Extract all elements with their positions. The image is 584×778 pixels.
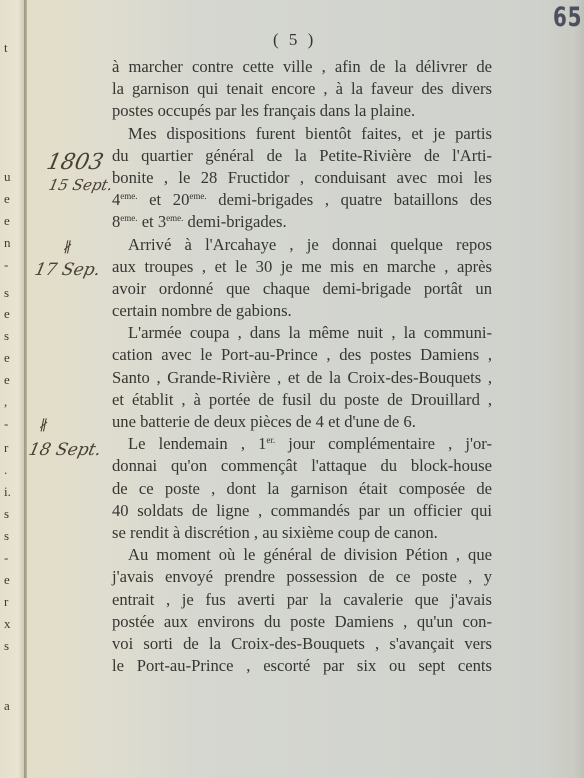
prev-page-fragment: , <box>4 394 22 410</box>
text-line: entrait , je fus averti par la cavalerie… <box>112 589 492 611</box>
superscript: er. <box>266 435 275 445</box>
text-line: Arrivé à l'Arcahaye , je donnai quelque … <box>112 234 492 256</box>
margin-annotation-date: 18 Sept. <box>27 440 103 460</box>
body-text: à marcher contre cette ville , afin de l… <box>112 56 492 677</box>
text-line: cation avec le Port-au-Prince , des post… <box>112 344 492 366</box>
text-line: 40 soldats de ligne , commandés par un o… <box>112 500 492 522</box>
margin-annotation-date: 17 Sep. <box>33 260 102 280</box>
prev-page-fragment: . <box>4 462 22 478</box>
prev-page-fragment: e <box>4 372 22 388</box>
prev-page-fragment: e <box>4 350 22 366</box>
text-fragment: et 20 <box>138 190 190 209</box>
prev-page-fragment: r <box>4 594 22 610</box>
prev-page-fragment: r <box>4 440 22 456</box>
text-line: et établit , à portée de fusil du poste … <box>112 389 492 411</box>
text-line: donnai qu'on commençât l'attaque du bloc… <box>112 455 492 477</box>
text-line: Au moment où le général de division Péti… <box>112 544 492 566</box>
text-line: 4eme. et 20eme. demi-brigades , quatre b… <box>112 189 492 211</box>
book-page: 65 ( 5 ) 1803 15 Sept. ∦ 17 Sep. ∦ 18 Se… <box>27 0 584 778</box>
text-line: Mes dispositions furent bientôt faites, … <box>112 123 492 145</box>
prev-page-fragment: s <box>4 285 22 301</box>
prev-page-fragment: i. <box>4 484 22 500</box>
superscript: eme. <box>120 213 137 223</box>
margin-annotation-year: 1803 <box>44 150 105 175</box>
superscript: eme. <box>166 213 183 223</box>
text-line: le Port-au-Prince , escorté par six ou s… <box>112 655 492 677</box>
text-line: 8eme. et 3eme. demi-brigades. <box>112 211 492 233</box>
prev-page-fragment: a <box>4 698 22 714</box>
text-line: du quartier général de la Petite-Rivière… <box>112 145 492 167</box>
prev-page-fragment: e <box>4 572 22 588</box>
text-line: une batterie de deux pièces de 4 et d'un… <box>112 411 492 433</box>
prev-page-fragment: s <box>4 506 22 522</box>
prev-page-fragment: s <box>4 638 22 654</box>
folio-number: 65 <box>553 2 582 33</box>
text-fragment: Le lendemain , 1 <box>128 434 266 453</box>
text-fragment: jour complémentaire , j'or- <box>275 434 492 453</box>
text-line: de ce poste , dont la garnison était com… <box>112 478 492 500</box>
text-line: aux troupes , et le 30 je me mis en marc… <box>112 256 492 278</box>
text-line: j'avais envoyé prendre possession de ce … <box>112 566 492 588</box>
running-head: ( 5 ) <box>273 30 316 50</box>
prev-page-fragment: - <box>4 257 22 273</box>
prev-page-fragment: e <box>4 191 22 207</box>
prev-page-fragment: s <box>4 328 22 344</box>
text-fragment: et 3 <box>138 212 167 231</box>
prev-page-fragment: t <box>4 40 22 56</box>
prev-page-fragment: e <box>4 213 22 229</box>
prev-page-fragment: - <box>4 550 22 566</box>
superscript: eme. <box>120 191 137 201</box>
prev-page-fragment: - <box>4 416 22 432</box>
text-line: L'armée coupa , dans la même nuit , la c… <box>112 322 492 344</box>
text-line: avoir ordonné que chaque demi-brigade po… <box>112 278 492 300</box>
superscript: eme. <box>189 191 206 201</box>
margin-annotation-ditto: ∦ <box>61 240 73 256</box>
prev-page-fragment: e <box>4 306 22 322</box>
text-line: voi sorti de la Croix-des-Bouquets , s'a… <box>112 633 492 655</box>
text-line: la garnison qui tenait encore , à la fav… <box>112 78 492 100</box>
margin-annotation-date: 15 Sept. <box>47 176 114 194</box>
text-line: à marcher contre cette ville , afin de l… <box>112 56 492 78</box>
prev-page-fragment: u <box>4 169 22 185</box>
prev-page-fragment: n <box>4 235 22 251</box>
page-edge <box>574 0 584 778</box>
previous-page-edge: t u e e n - s e s e e , - r . i. s s - e… <box>0 0 26 778</box>
text-line: Santo , Grande-Rivière , et de la Croix-… <box>112 367 492 389</box>
text-line: Le lendemain , 1er. jour complémentaire … <box>112 433 492 455</box>
text-line: postes occupés par les français dans la … <box>112 100 492 122</box>
text-line: bonite , le 28 Fructidor , conduisant av… <box>112 167 492 189</box>
text-line: se rendit à discrétion , au sixième coup… <box>112 522 492 544</box>
text-line: postée aux environs du poste Damiens , q… <box>112 611 492 633</box>
prev-page-fragment: s <box>4 528 22 544</box>
text-fragment: demi-brigades , quatre bataillons des <box>207 190 492 209</box>
text-line: certain nombre de gabions. <box>112 300 492 322</box>
text-fragment: demi-brigades. <box>183 212 286 231</box>
margin-annotation-ditto: ∦ <box>37 418 49 434</box>
prev-page-fragment: x <box>4 616 22 632</box>
